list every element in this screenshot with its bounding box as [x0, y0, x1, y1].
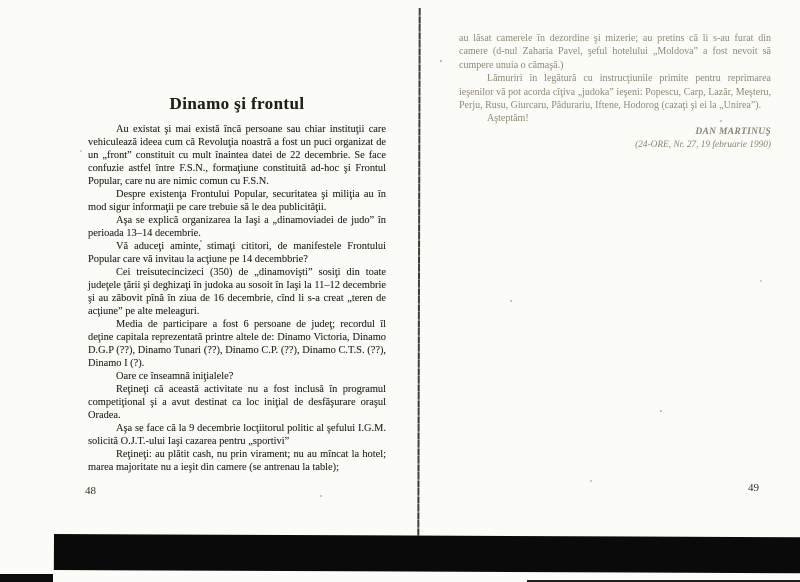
right-page-text-block: au lăsat camerele în dezordine şi mizeri… — [459, 32, 771, 153]
left-page-text-block: Dinamo şi frontul Au existat şi mai exis… — [88, 97, 386, 474]
paragraph: Aşa se face că la 9 decembrie locţiitoru… — [88, 422, 386, 448]
paragraph: Vă aduceţi aminte, stimaţi cititori, de … — [88, 240, 386, 266]
page-number-left: 48 — [85, 485, 96, 497]
paragraph: Oare ce înseamnă iniţialele? — [88, 370, 386, 383]
paragraph: Despre existenţa Frontului Popular, secu… — [88, 188, 386, 214]
paragraph: Reţineţi că această activitate nu a fost… — [88, 383, 386, 422]
paragraph: Au existat şi mai există încă persoane s… — [88, 123, 386, 188]
scan-corner-black-mark — [0, 574, 53, 582]
paragraph: Aşteptăm! — [459, 112, 771, 125]
paragraph: au lăsat camerele în dezordine şi mizeri… — [459, 32, 771, 72]
paragraph: Lămuriri în legătură cu instrucţiunile p… — [459, 72, 771, 112]
paragraph: Reţineţi: au plătit cash, nu prin virame… — [88, 448, 386, 474]
author-byline: DAN MARTINUŞ — [459, 126, 771, 139]
source-citation: (24-ORE, Nr. 27, 19 februarie 1990) — [459, 139, 771, 152]
scanned-book-spread: Dinamo şi frontul Au existat şi mai exis… — [0, 0, 800, 582]
article-title: Dinamo şi frontul — [88, 97, 386, 110]
paragraph: Aşa se explică organizarea la Iaşi a „di… — [88, 214, 386, 240]
book-spine-line — [417, 8, 420, 536]
scan-edge-black-bar — [54, 534, 800, 573]
scan-speckles — [200, 240, 202, 242]
paragraph: Cei treisutecincizeci (350) de „dinamovi… — [88, 266, 386, 318]
page-number-right: 49 — [748, 482, 759, 494]
paragraph: Media de participare a fost 6 persoane d… — [88, 318, 386, 370]
